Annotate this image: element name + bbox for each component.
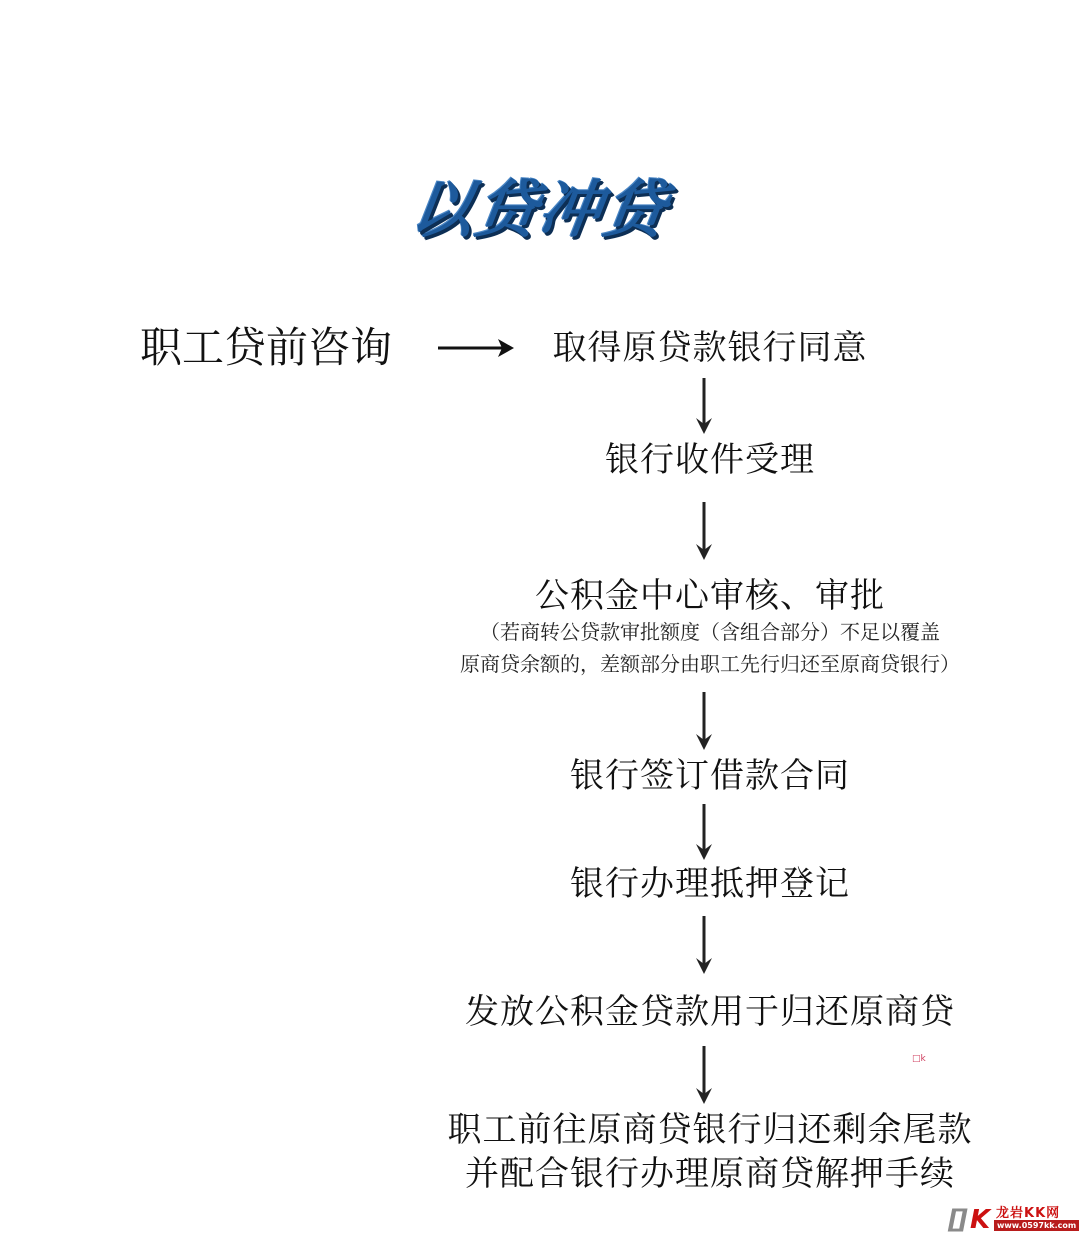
down-arrow-icon [694, 804, 714, 860]
site-logo: [] K 龙岩KK网 www.0597kk.com [948, 1204, 1068, 1234]
site-name: 龙岩KK网 [996, 1202, 1060, 1221]
down-arrow-icon [694, 916, 714, 974]
step-5-mortgage-registration: 银行办理抵押登记 [400, 860, 1020, 908]
step-3-note-line-1: （若商转公贷款审批额度（含组合部分）不足以覆盖 [400, 616, 1020, 648]
site-url: www.0597kk.com [994, 1220, 1079, 1231]
step-4-sign-contract: 银行签订借款合同 [400, 752, 1020, 800]
step-3-note-line-2: 原商贷余额的，差额部分由职工先行归还至原商贷银行） [400, 648, 1020, 680]
step-3-center-review: 公积金中心审核、审批 [400, 572, 1020, 620]
step-2-bank-receive: 银行收件受理 [400, 436, 1020, 484]
page-title: 以贷冲贷 [0, 160, 1080, 249]
step-7-line-1: 职工前往原商贷银行归还剩余尾款 [400, 1106, 1020, 1154]
watermark-mark: □k [912, 1054, 926, 1064]
down-arrow-icon [694, 1046, 714, 1104]
step-1-original-bank-consent: 取得原贷款银行同意 [400, 324, 1020, 372]
step-6-disburse-loan: 发放公积金贷款用于归还原商贷 [400, 988, 1020, 1036]
logo-bracket-icon: [] [948, 1206, 964, 1234]
start-node-consultation: 职工贷前咨询 [140, 318, 392, 378]
down-arrow-icon [694, 502, 714, 560]
down-arrow-icon [694, 692, 714, 750]
step-7-line-2: 并配合银行办理原商贷解押手续 [400, 1150, 1020, 1198]
down-arrow-icon [694, 378, 714, 434]
logo-k-icon: K [970, 1206, 990, 1234]
